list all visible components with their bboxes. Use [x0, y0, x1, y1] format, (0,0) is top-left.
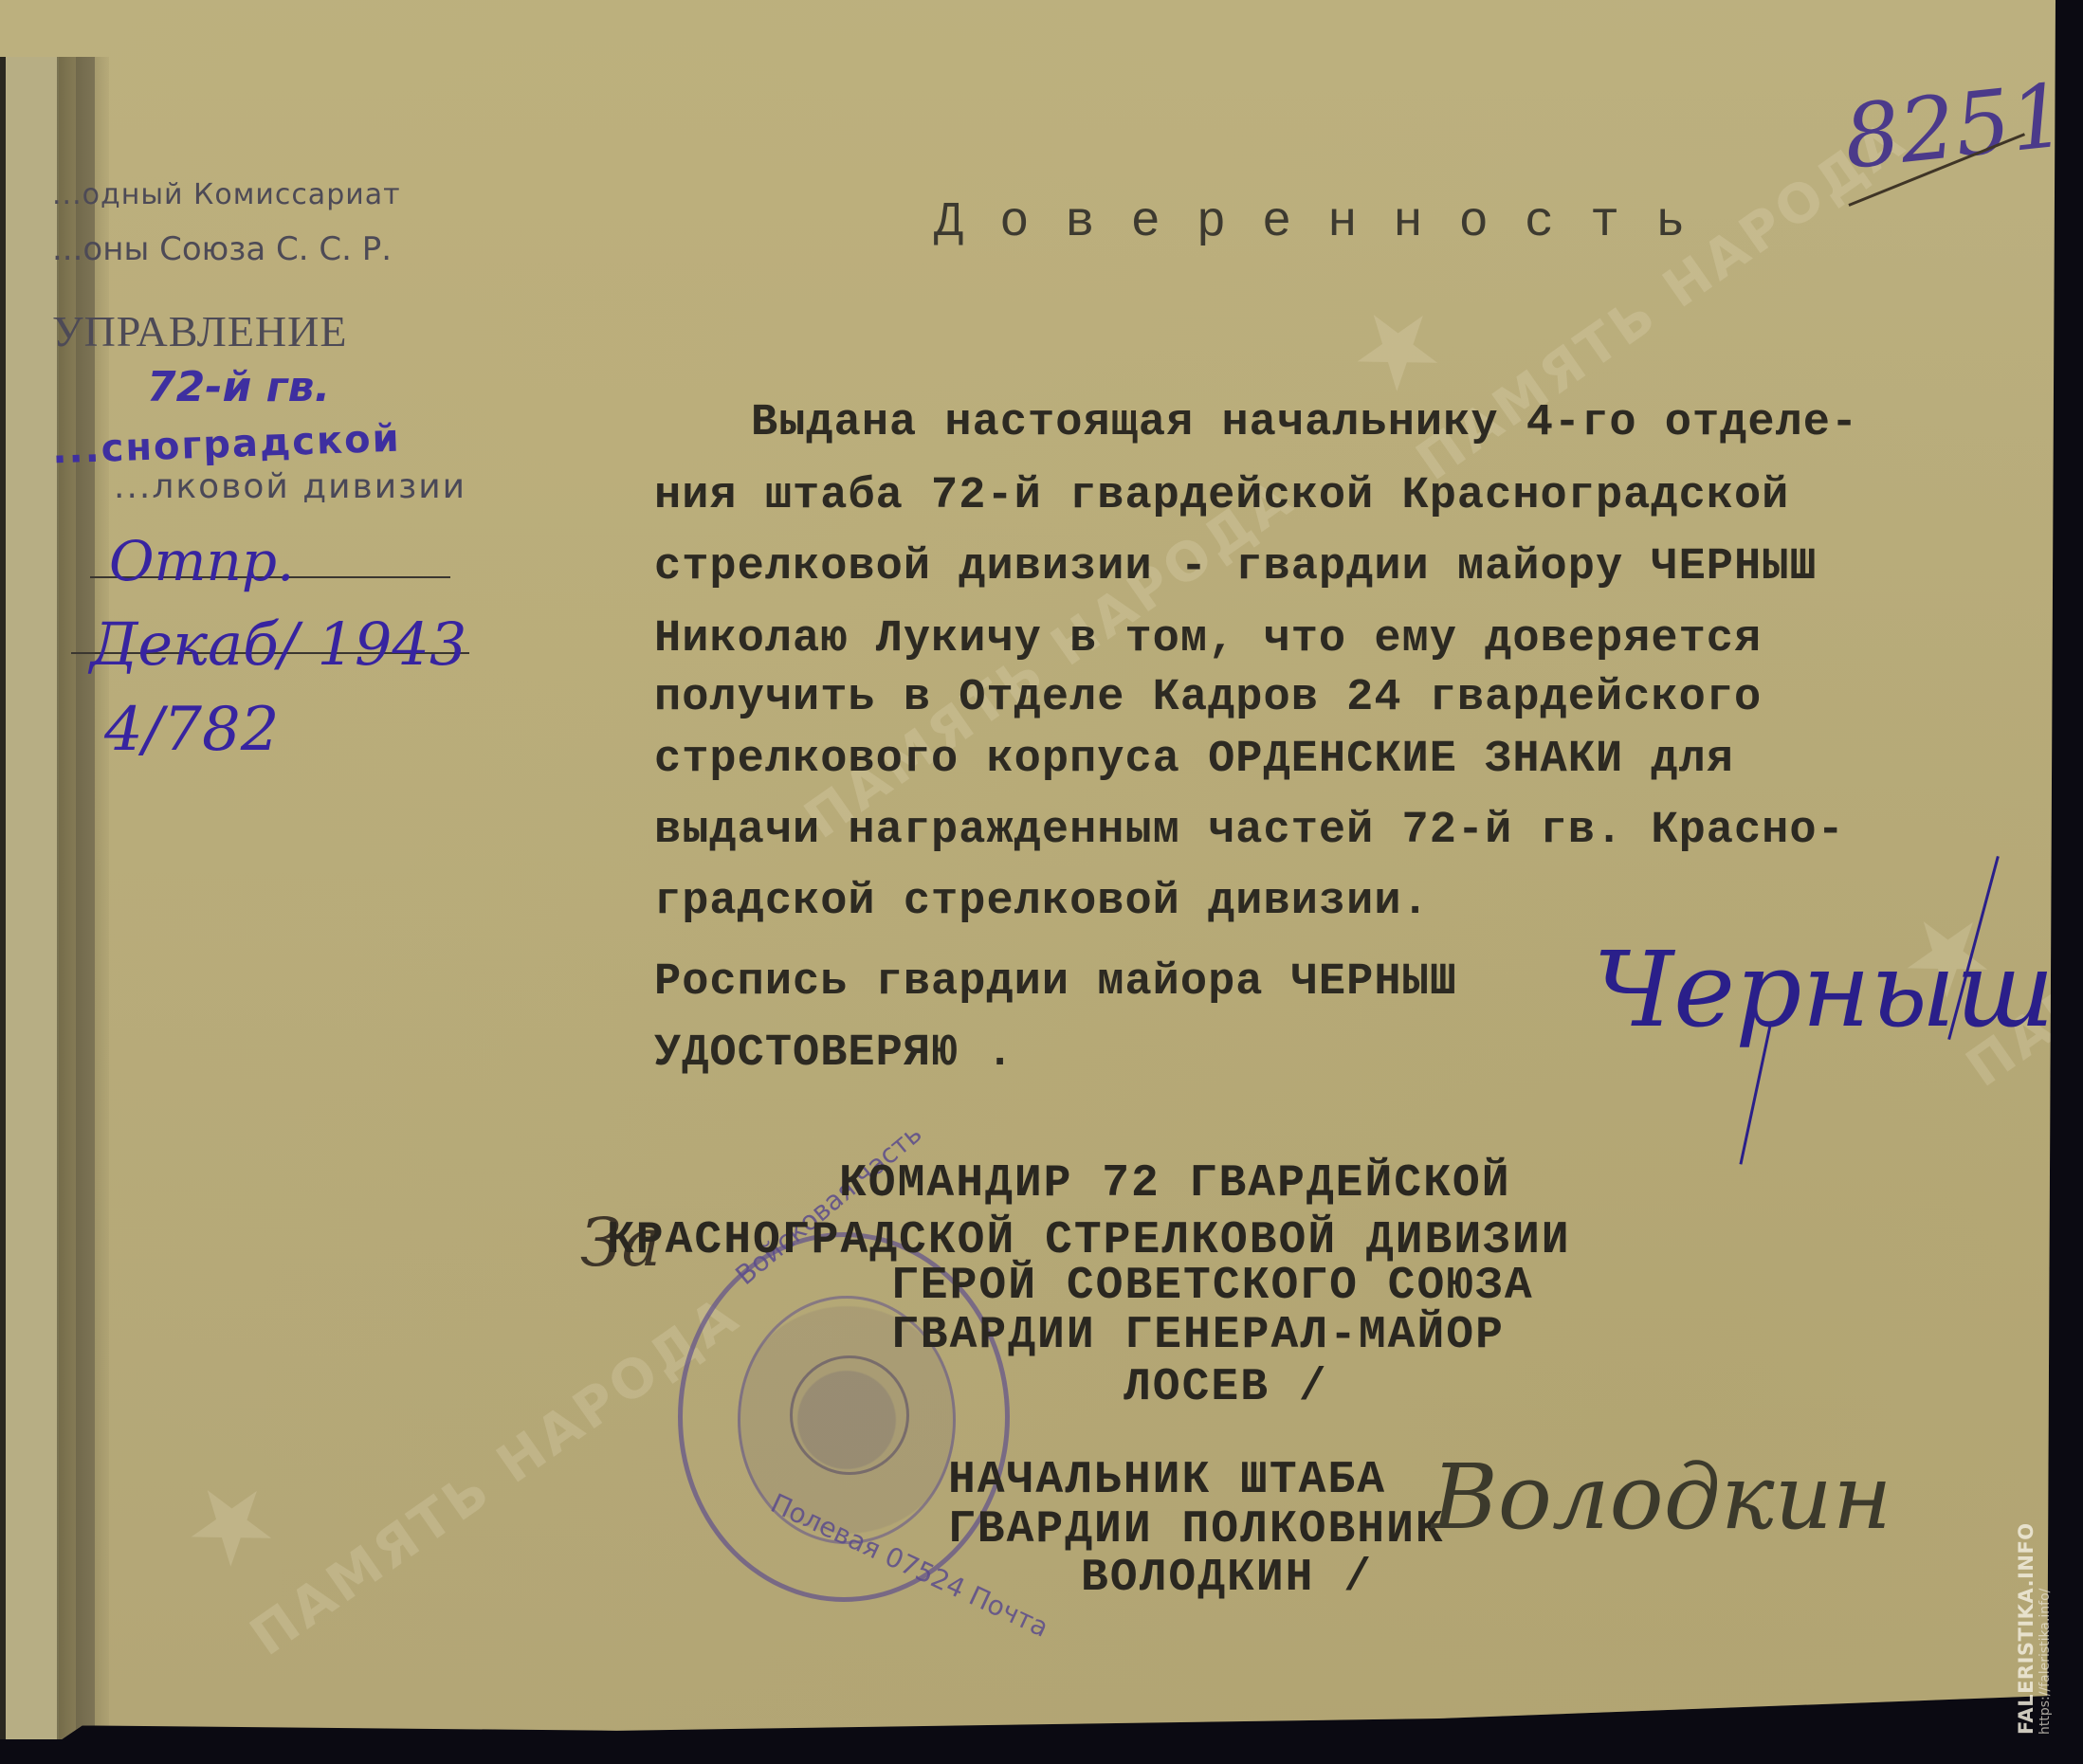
signature-block-line: ЛОСЕВ /	[1124, 1362, 1328, 1413]
stamp-line-commissariat: ...одный Комиссариат	[52, 178, 401, 211]
body-line: градской стрелковой дивизии.	[654, 877, 1430, 927]
document-title: Доверенность	[934, 194, 1721, 250]
body-line: Выдана настоящая начальнику 4-го отделе-	[751, 398, 1858, 448]
signature-chernysh: Черныш	[1593, 929, 2055, 1050]
body-line: Николаю Лукичу в том, что ему доверяется	[654, 614, 1762, 664]
signature-block-line: ВОЛОДКИН /	[1081, 1553, 1373, 1604]
stamp-line-union: ...оны Союза С. С. Р.	[52, 230, 392, 268]
archive-number: 8251	[1839, 64, 2071, 189]
signature-block-line: НАЧАЛЬНИК ШТАБА	[948, 1455, 1386, 1506]
signature-volodkin: Володкин	[1432, 1446, 1891, 1550]
stamp-line-directorate: УПРАВЛЕНИЕ	[52, 306, 347, 356]
body-line: ния штаба 72-й гвардейской Красноградско…	[654, 471, 1789, 521]
body-line: выдачи награжденным частей 72-й гв. Крас…	[654, 806, 1845, 856]
site-url: https://faleristika.info/	[2037, 1522, 2053, 1735]
handwritten-sent: Отпр.	[109, 529, 294, 593]
document-sheet: ★ ПАМЯТЬ НАРОДА ★ ПАМЯТЬ НАРОДА ★ ПАМЯТЬ…	[0, 0, 2056, 1739]
coat-of-arms-icon	[790, 1355, 909, 1475]
signature-block-line: ГВАРДИИ ГЕНЕРАЛ-МАЙОР	[891, 1310, 1505, 1361]
scan-bottom-edge	[0, 1735, 2083, 1764]
stamp-line-rifle-division: ...лковой дивизии	[114, 467, 466, 506]
certification-line: УДОСТОВЕРЯЮ .	[654, 1028, 1014, 1079]
signature-block-line: КРАСНОГРАДСКОЙ СТРЕЛКОВОЙ ДИВИЗИИ	[607, 1215, 1571, 1266]
body-line: получить в Отделе Кадров 24 гвардейского	[654, 673, 1762, 723]
handwritten-outgoing-number: 4/782	[104, 695, 279, 765]
signature-block-line: ГВАРДИИ ПОЛКОВНИК	[948, 1504, 1445, 1555]
handwritten-date: Декаб/ 1943	[90, 609, 466, 679]
signature-block-line: КОМАНДИР 72 ГВАРДЕЙСКОЙ	[839, 1158, 1511, 1209]
signature-block-line: ГЕРОЙ СОВЕТСКОГО СОЮЗА	[891, 1261, 1534, 1312]
body-line: стрелкового корпуса ОРДЕНСКИЕ ЗНАКИ для	[654, 735, 1734, 785]
scan-right-edge	[2056, 0, 2083, 1764]
stamp-line-division-number: 72-й гв.	[147, 363, 330, 411]
site-name: FALERISTIKA.INFO	[2015, 1522, 2037, 1735]
site-watermark: FALERISTIKA.INFO https://faleristika.inf…	[2015, 1522, 2053, 1735]
certification-line: Роспись гвардии майора ЧЕРНЫШ	[654, 957, 1457, 1008]
body-line: стрелковой дивизии - гвардии майору ЧЕРН…	[654, 542, 1818, 592]
